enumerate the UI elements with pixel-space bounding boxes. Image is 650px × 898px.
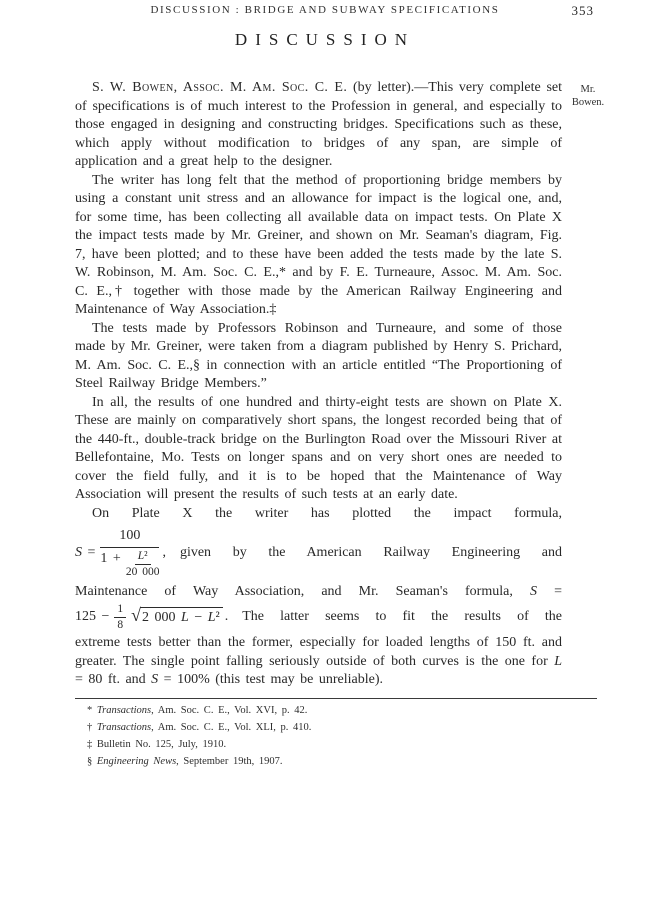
one-eighth-fraction: 1 8 [114, 603, 126, 632]
text-run: L [208, 610, 216, 625]
text-run: = 100% (this test may be unreliable). [158, 672, 383, 687]
paragraph-5-intro: On Plate X the writer has plotted the im… [75, 505, 562, 524]
text-run: § [87, 756, 97, 767]
formula-2-following-text: The latter seems to fit the results of t… [242, 608, 562, 627]
text-run: ‡ Bulletin No. 125, July, 1910. [87, 739, 226, 750]
text-run: Transactions [97, 722, 151, 733]
text-run: = [82, 545, 95, 560]
square-root: √ 2 000 L − L² [131, 607, 223, 628]
formula-period: . [225, 608, 229, 627]
text-run: , September 19th, 1907. [176, 756, 282, 767]
text-run: The writer has long felt that the method… [75, 173, 562, 318]
text-run: S. W. Bowen, Assoc. M. Am. Soc. C. E. [92, 80, 347, 95]
formula-comma: , [162, 544, 166, 563]
footnote-2: † Transactions, Am. Soc. C. E., Vol. XLI… [87, 719, 562, 736]
text-run: Engineering News [97, 756, 176, 767]
formula-lhs: S = [75, 544, 95, 563]
text-run: ² [216, 610, 220, 625]
section-title: DISCUSSION [0, 30, 650, 50]
text-run: The tests made by Professors Robinson an… [75, 321, 562, 392]
nested-fraction: L² 20 000 [126, 550, 160, 579]
text-run: , Am. Soc. C. E., Vol. XVI, p. 42. [151, 705, 307, 716]
text-run: S [75, 545, 82, 560]
text-run: L [554, 654, 562, 669]
running-header: DISCUSSION : BRIDGE AND SUBWAY SPECIFICA… [0, 4, 650, 16]
text-run: 125 − [75, 609, 109, 624]
paragraph-5-closing: extreme tests better than the former, es… [75, 634, 562, 690]
footnote-rule [75, 698, 597, 699]
text-run: − [189, 610, 208, 625]
nested-fraction-denominator: 20 000 [126, 565, 160, 579]
page-number: 353 [572, 3, 595, 19]
formula-1-following-text: given by the American Railway Engineerin… [180, 544, 562, 563]
text-run: † [87, 722, 97, 733]
text-run: L [181, 610, 189, 625]
page-body: S. W. Bowen, Assoc. M. Am. Soc. C. E. (b… [75, 79, 562, 770]
radicand: 2 000 L − L² [140, 607, 223, 628]
margin-note-line-2: Bowen. [560, 97, 616, 110]
text-run: On Plate X the writer has plotted the im… [92, 506, 562, 521]
fraction-numerator: 1 [114, 603, 126, 618]
margin-note-line-1: Mr. [560, 84, 616, 97]
paragraph-1: S. W. Bowen, Assoc. M. Am. Soc. C. E. (b… [75, 79, 562, 172]
fraction-denominator: 1 + L² 20 000 [100, 548, 159, 579]
paragraph-2: The writer has long felt that the method… [75, 172, 562, 320]
footnote-3: ‡ Bulletin No. 125, July, 1910. [87, 736, 562, 753]
paragraph-4: In all, the results of one hundred and t… [75, 394, 562, 505]
text-run: extreme tests better than the former, es… [75, 635, 562, 669]
text-run: * [87, 705, 97, 716]
footnote-1: * Transactions, Am. Soc. C. E., Vol. XVI… [87, 702, 562, 719]
text-run: Transactions [97, 705, 151, 716]
seaman-formula: 125 − 1 8 √ 2 000 L − L² . [75, 603, 228, 632]
formula-row-seaman: 125 − 1 8 √ 2 000 L − L² . The latter se… [75, 603, 562, 632]
footnotes: * Transactions, Am. Soc. C. E., Vol. XVI… [75, 702, 562, 771]
text-run: ² [144, 550, 147, 562]
text-run: = 80 ft. and [75, 672, 151, 687]
margin-note: Mr. Bowen. [560, 84, 616, 109]
impact-formula-arema: S = 100 1 + L² 20 000 , [75, 525, 166, 581]
fraction-numerator: 100 [111, 527, 148, 547]
paragraph-3: The tests made by Professors Robinson an… [75, 320, 562, 394]
text-run: 2 000 [142, 610, 181, 625]
text-run: = [537, 584, 562, 599]
formula-lead: 125 − [75, 608, 109, 627]
text-run: Maintenance of Way Association, and Mr. … [75, 584, 530, 599]
fraction: 100 1 + L² 20 000 [100, 527, 159, 579]
fraction-denominator: 8 [117, 618, 123, 632]
text-run: In all, the results of one hundred and t… [75, 395, 562, 503]
denominator-prefix: 1 + [100, 550, 120, 569]
footnote-4: § Engineering News, September 19th, 1907… [87, 753, 562, 770]
formula-row-arema: S = 100 1 + L² 20 000 , given by the Ame… [75, 525, 562, 581]
text-run: , Am. Soc. C. E., Vol. XLI, p. 410. [151, 722, 311, 733]
nested-fraction-numerator: L² [135, 550, 151, 565]
book-page: DISCUSSION : BRIDGE AND SUBWAY SPECIFICA… [0, 0, 650, 898]
text-run: S [530, 584, 537, 599]
paragraph-5-line-3: Maintenance of Way Association, and Mr. … [75, 583, 562, 602]
